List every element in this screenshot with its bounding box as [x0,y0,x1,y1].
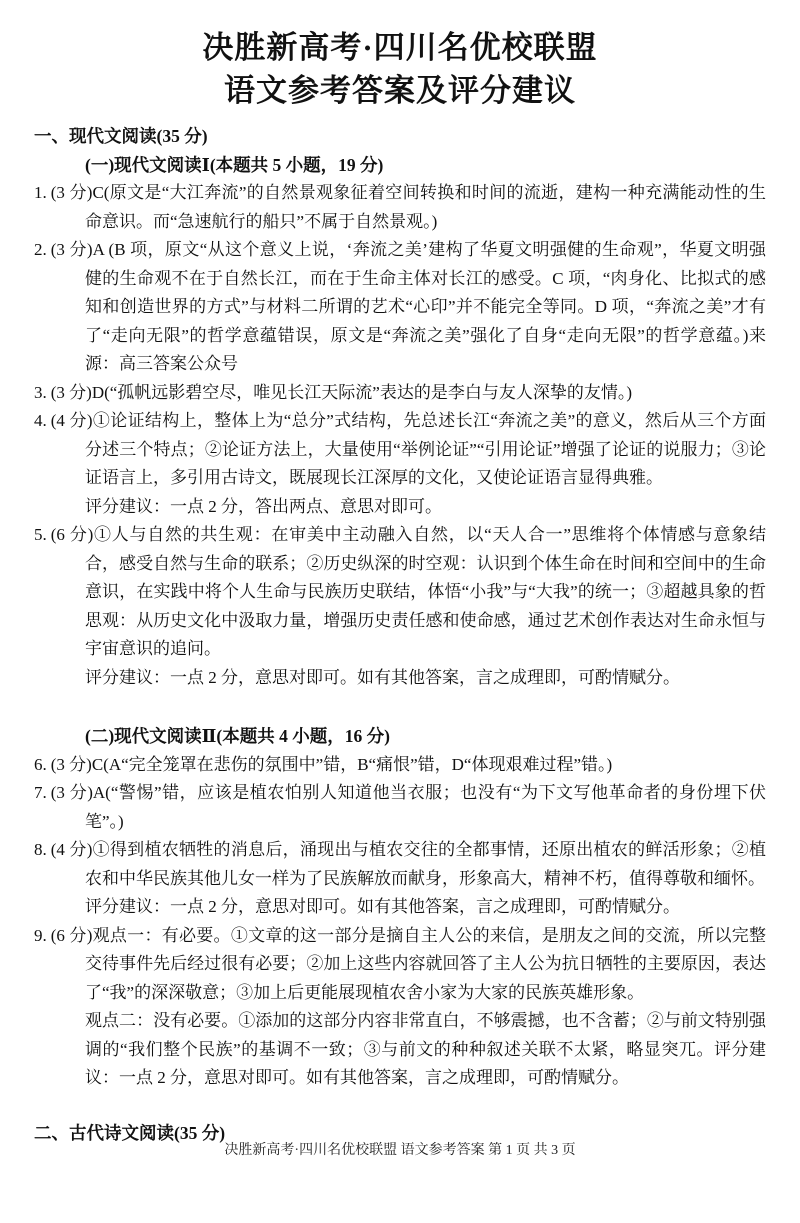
document-page: 决胜新高考·四川名优校联盟 语文参考答案及评分建议 一、现代文阅读(35 分) … [0,0,800,1147]
item-text: (3 分)A (B 项，原文“从这个意义上说，‘奔流之美’建构了华夏文明强健的生… [51,240,766,373]
item-number: 1. [34,183,47,202]
document-title: 决胜新高考·四川名优校联盟 语文参考答案及评分建议 [34,26,766,112]
scoring-note: 评分建议：一点 2 分，意思对即可。如有其他答案，言之成理即，可酌情赋分。 [85,664,766,693]
item-text: (3 分)C(A“完全笼罩在悲伤的氛围中”错，B“痛恨”错，D“体现艰难过程”错… [51,755,612,774]
title-line-1: 决胜新高考·四川名优校联盟 [34,26,766,69]
item-text: (6 分)①人与自然的共生观：在审美中主动融入自然，以“天人合一”思维将个体情感… [51,525,766,658]
item-text: (4 分)①得到植农牺牲的消息后，涌现出与植农交往的全都事情，还原出植农的鲜活形… [51,840,766,888]
scoring-note: 评分建议：一点 2 分，答出两点、意思对即可。 [85,493,766,522]
document-body: 一、现代文阅读(35 分) (一)现代文阅读Ⅰ(本题共 5 小题，19 分) 1… [34,122,766,1147]
scoring-note: 评分建议：一点 2 分，意思对即可。如有其他答案，言之成理即，可酌情赋分。 [85,893,766,922]
item-number: 8. [34,840,47,859]
item-text-viewpoint-2: 观点二：没有必要。①添加的这部分内容非常直白，不够震撼，也不含蓄；②与前文特别强… [85,1007,766,1093]
subsection-heading-reading-1: (一)现代文阅读Ⅰ(本题共 5 小题，19 分) [85,151,766,180]
footer-text: 决胜新高考·四川名优校联盟 语文参考答案 第 1 页 共 3 页 [224,1143,575,1158]
item-number: 7. [34,783,47,802]
answer-item-3: 3.(3 分)D(“孤帆远影碧空尽，唯见长江天际流”表达的是李白与友人深挚的友情… [34,379,766,408]
item-text: (4 分)①论证结构上，整体上为“总分”式结构，先总述长江“奔流之美”的意义，然… [51,411,766,487]
answer-item-5: 5.(6 分)①人与自然的共生观：在审美中主动融入自然，以“天人合一”思维将个体… [34,521,766,692]
answer-item-6: 6.(3 分)C(A“完全笼罩在悲伤的氛围中”错，B“痛恨”错，D“体现艰难过程… [34,751,766,780]
item-number: 4. [34,411,47,430]
answer-item-9: 9.(6 分)观点一：有必要。①文章的这一部分是摘自主人公的来信，是朋友之间的交… [34,922,766,1093]
subsection-heading-reading-2: (二)现代文阅读Ⅱ(本题共 4 小题，16 分) [85,722,766,751]
item-number: 6. [34,755,47,774]
item-number: 3. [34,383,47,402]
answer-item-1: 1.(3 分)C(原文是“大江奔流”的自然景观象征着空间转换和时间的流逝，建构一… [34,179,766,236]
answer-item-2: 2.(3 分)A (B 项，原文“从这个意义上说，‘奔流之美’建构了华夏文明强健… [34,236,766,379]
answer-item-8: 8.(4 分)①得到植农牺牲的消息后，涌现出与植农交往的全都事情，还原出植农的鲜… [34,836,766,922]
item-number: 5. [34,525,47,544]
title-line-2: 语文参考答案及评分建议 [34,69,766,112]
section-heading-modern-reading: 一、现代文阅读(35 分) [34,122,766,151]
item-number: 2. [34,240,47,259]
item-text: (3 分)C(原文是“大江奔流”的自然景观象征着空间转换和时间的流逝，建构一种充… [51,183,766,231]
item-text: (3 分)D(“孤帆远影碧空尽，唯见长江天际流”表达的是李白与友人深挚的友情。) [51,383,632,402]
page-footer: 决胜新高考·四川名优校联盟 语文参考答案 第 1 页 共 3 页 [0,1139,800,1159]
answer-item-4: 4.(4 分)①论证结构上，整体上为“总分”式结构，先总述长江“奔流之美”的意义… [34,407,766,521]
item-text: (3 分)A(“警惕”错，应该是植农怕别人知道他当衣服；也没有“为下文写他革命者… [51,783,766,831]
item-number: 9. [34,926,47,945]
answer-item-7: 7.(3 分)A(“警惕”错，应该是植农怕别人知道他当衣服；也没有“为下文写他革… [34,779,766,836]
item-text: (6 分)观点一：有必要。①文章的这一部分是摘自主人公的来信，是朋友之间的交流，… [51,926,766,1002]
